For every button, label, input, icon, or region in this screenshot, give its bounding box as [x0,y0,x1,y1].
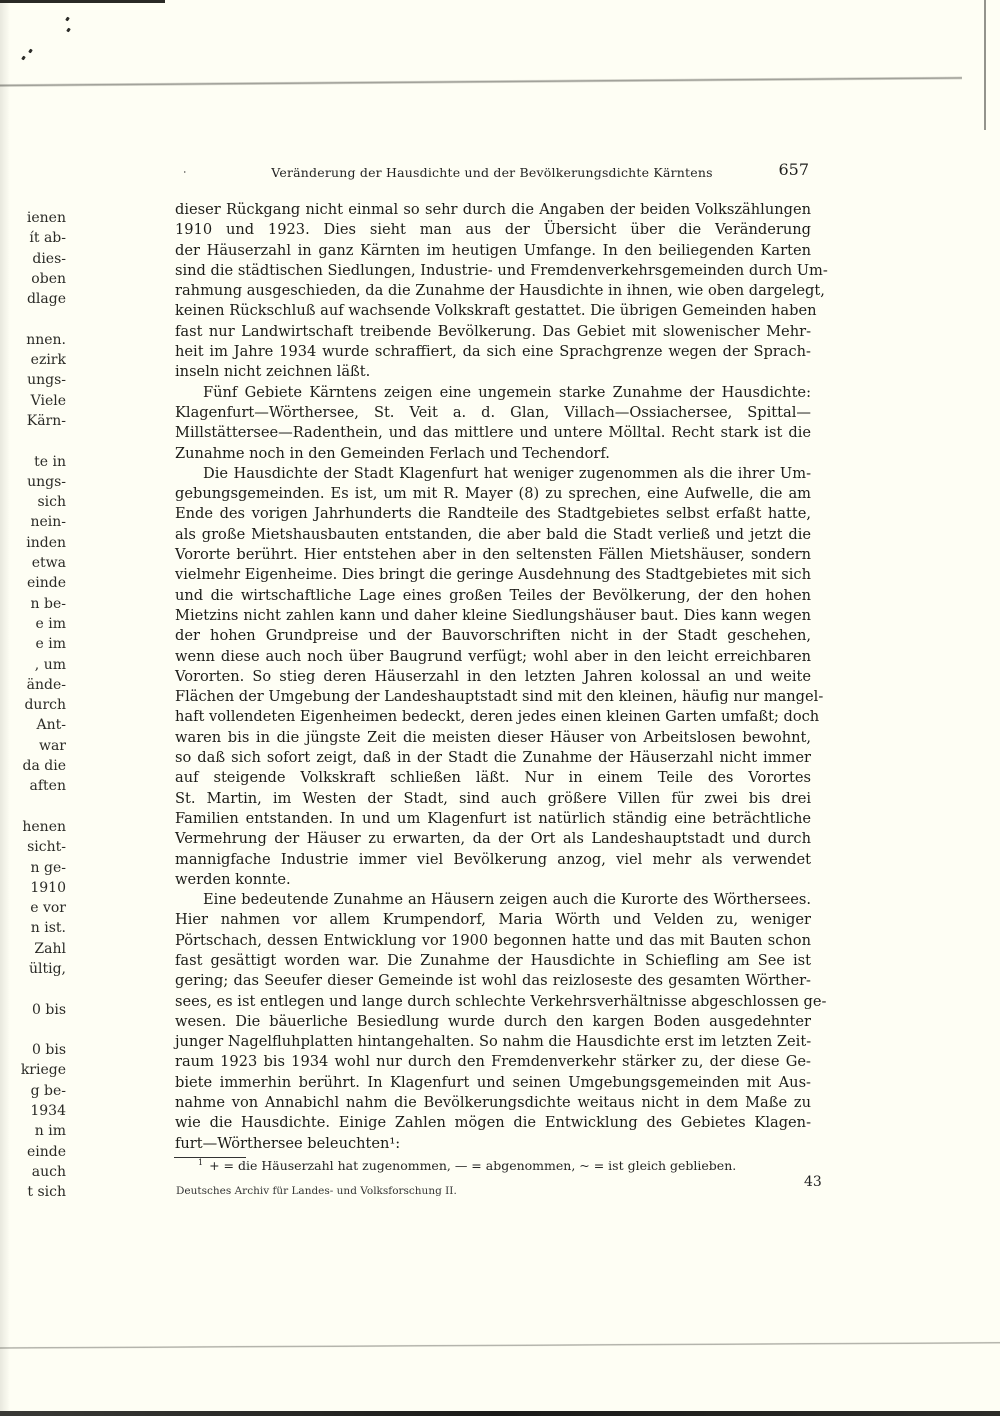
facing-page-line: sich [0,492,66,512]
facing-page-line: 1910 [0,878,66,898]
text-line: Familien entstanden. In und um Klagenfur… [175,809,811,829]
text-line: Vororten. So stieg deren Häuserzahl in d… [175,667,811,687]
facing-page-line: ände- [0,675,66,695]
facing-page-line: einde [0,1142,66,1162]
text-line: Vermehrung der Häuser zu erwarten, da de… [175,829,811,849]
facing-page-line: 1934 [0,1101,66,1121]
facing-page-line: dlage [0,289,66,309]
paragraph: Die Hausdichte der Stadt Klagenfurt hat … [175,464,811,890]
text-line: der hohen Grundpreise und der Bauvorschr… [175,626,811,646]
text-line: Vororte berührt. Hier entstehen aber in … [175,545,811,565]
facing-page-line: durch [0,695,66,715]
facing-page-line: nnen. [0,330,66,350]
text-line: Pörtschach, dessen Entwicklung vor 1900 … [175,931,811,951]
text-line: sind die städtischen Siedlungen, Industr… [175,261,811,281]
text-line: haft vollendeten Eigenheimen bedeckt, de… [175,707,811,727]
text-line: gering; das Seeufer dieser Gemeinde ist … [175,971,811,991]
facing-page-line: 0 bis [0,1000,66,1020]
text-line: mannigfache Industrie immer viel Bevölke… [175,850,811,870]
text-line: junger Nagelfluhplatten hintangehalten. … [175,1032,811,1052]
facing-page-line: inden [0,533,66,553]
facing-page-line: da die [0,756,66,776]
text-line: so daß sich sofort zeigt, daß in der Sta… [175,748,811,768]
text-line: als große Mietshausbauten entstanden, di… [175,525,811,545]
text-line: wesen. Die bäuerliche Besiedlung wurde d… [175,1012,811,1032]
text-line: gebungsgemeinden. Es ist, um mit R. Maye… [175,484,811,504]
facing-page-margin-text: ienenít ab-dies-obendlagennen.ezirkungs-… [0,208,66,1203]
text-line: inseln nicht zeichnen läßt. [175,362,811,382]
facing-page-line: g be- [0,1081,66,1101]
facing-page-line: ungs- [0,472,66,492]
facing-page-line: ültig, [0,959,66,979]
facing-page-line: n be- [0,594,66,614]
text-line: fast nur Landwirtschaft treibende Bevölk… [175,322,811,342]
text-line: Millstättersee—Radenthein, und das mittl… [175,423,811,443]
text-line: Klagenfurt—Wörthersee, St. Veit a. d. Gl… [175,403,811,423]
text-line: Eine bedeutende Zunahme an Häusern zeige… [175,890,811,910]
facing-page-line: sicht- [0,837,66,857]
text-line: St. Martin, im Westen der Stadt, sind au… [175,789,811,809]
text-line: biete immerhin berührt. In Klagenfurt un… [175,1073,811,1093]
facing-page-line: ít ab- [0,228,66,248]
facing-page-line: Ant- [0,715,66,735]
paragraph: Fünf Gebiete Kärntens zeigen eine ungeme… [175,383,811,464]
facing-page-line: e im [0,614,66,634]
text-line: wenn diese auch noch über Baugrund verfü… [175,647,811,667]
text-line: nahme von Annabichl nahm die Bevölkerung… [175,1093,811,1113]
text-line: waren bis in die jüngste Zeit die meiste… [175,728,811,748]
text-line: dieser Rückgang nicht einmal so sehr dur… [175,200,811,220]
facing-page-line: n ist. [0,918,66,938]
text-line: raum 1923 bis 1934 wohl nur durch den Fr… [175,1052,811,1072]
scan-border-top [0,0,165,3]
signature-line: Deutsches Archiv für Landes- und Volksfo… [176,1185,457,1197]
text-line: und die wirtschaftliche Lage eines große… [175,586,811,606]
facing-page-line: etwa [0,553,66,573]
facing-page-line: kriege [0,1060,66,1080]
text-line: Flächen der Umgebung der Landeshauptstad… [175,687,811,707]
paragraph: dieser Rückgang nicht einmal so sehr dur… [175,200,811,383]
facing-page-line: henen [0,817,66,837]
facing-page-line: ienen [0,208,66,228]
facing-page-line: e vor [0,898,66,918]
running-header: ‧ Veränderung der Hausdichte und der Bev… [175,160,809,182]
footnote-marker: 1 [198,1158,203,1167]
facing-page-line: einde [0,573,66,593]
text-line: Mietzins nicht zahlen kann und daher kle… [175,606,811,626]
text-line: rahmung ausgeschieden, da die Zunahme de… [175,281,811,301]
page-edge-line-right [984,0,986,130]
text-line: furt—Wörthersee beleuchten¹: [175,1134,811,1154]
scan-border-bottom [0,1411,1000,1416]
body-text: dieser Rückgang nicht einmal so sehr dur… [175,200,811,1154]
text-line: Die Hausdichte der Stadt Klagenfurt hat … [175,464,811,484]
facing-page-line: oben [0,269,66,289]
footnote: 1+ = die Häuserzahl hat zugenommen, — = … [198,1158,798,1173]
facing-page-line: aften [0,776,66,796]
text-line: werden konnte. [175,870,811,890]
text-line: Zunahme noch in den Gemeinden Ferlach un… [175,444,811,464]
facing-page-line: n im [0,1121,66,1141]
facing-page-line: Kärn- [0,411,66,431]
facing-page-line: auch [0,1162,66,1182]
text-line: vielmehr Eigenheime. Dies bringt die ger… [175,565,811,585]
facing-page-line [0,797,66,817]
text-line: Ende des vorigen Jahrhunderts die Randte… [175,504,811,524]
facing-page-line: 0 bis [0,1040,66,1060]
facing-page-line [0,1020,66,1040]
facing-page-line [0,431,66,451]
facing-page-line: Viele [0,391,66,411]
text-line: keinen Rückschluß auf wachsende Volkskra… [175,301,811,321]
page-number: 657 [778,160,809,179]
facing-page-line [0,309,66,329]
text-line: 1910 und 1923. Dies sieht man aus der Üb… [175,220,811,240]
text-line: Fünf Gebiete Kärntens zeigen eine ungeme… [175,383,811,403]
facing-page-line: nein- [0,512,66,532]
facing-page-line: e im [0,634,66,654]
text-line: Hier nahmen vor allem Krumpendorf, Maria… [175,910,811,930]
facing-page-line: te in [0,452,66,472]
signature-number: 43 [804,1174,822,1190]
running-header-title: Veränderung der Hausdichte und der Bevöl… [175,165,809,180]
facing-page-line: n ge- [0,858,66,878]
text-line: heit im Jahre 1934 wurde schraffiert, da… [175,342,811,362]
text-line: wie die Hausdichte. Einige Zahlen mögen … [175,1113,811,1133]
facing-page-line: Zahl [0,939,66,959]
facing-page-line: t sich [0,1182,66,1202]
text-line: auf steigende Volkskraft schließen läßt.… [175,768,811,788]
facing-page-line: dies- [0,249,66,269]
facing-page-line [0,979,66,999]
facing-page-line: , um [0,655,66,675]
facing-page-line: ezirk [0,350,66,370]
facing-page-line: war [0,736,66,756]
facing-page-line: ungs- [0,370,66,390]
footnote-text: + = die Häuserzahl hat zugenommen, — = a… [209,1158,736,1173]
text-line: fast gesättigt worden war. Die Zunahme d… [175,951,811,971]
text-line: sees, es ist entlegen und lange durch sc… [175,992,811,1012]
paragraph: Eine bedeutende Zunahme an Häusern zeige… [175,890,811,1154]
text-line: der Häuserzahl in ganz Kärnten im heutig… [175,241,811,261]
